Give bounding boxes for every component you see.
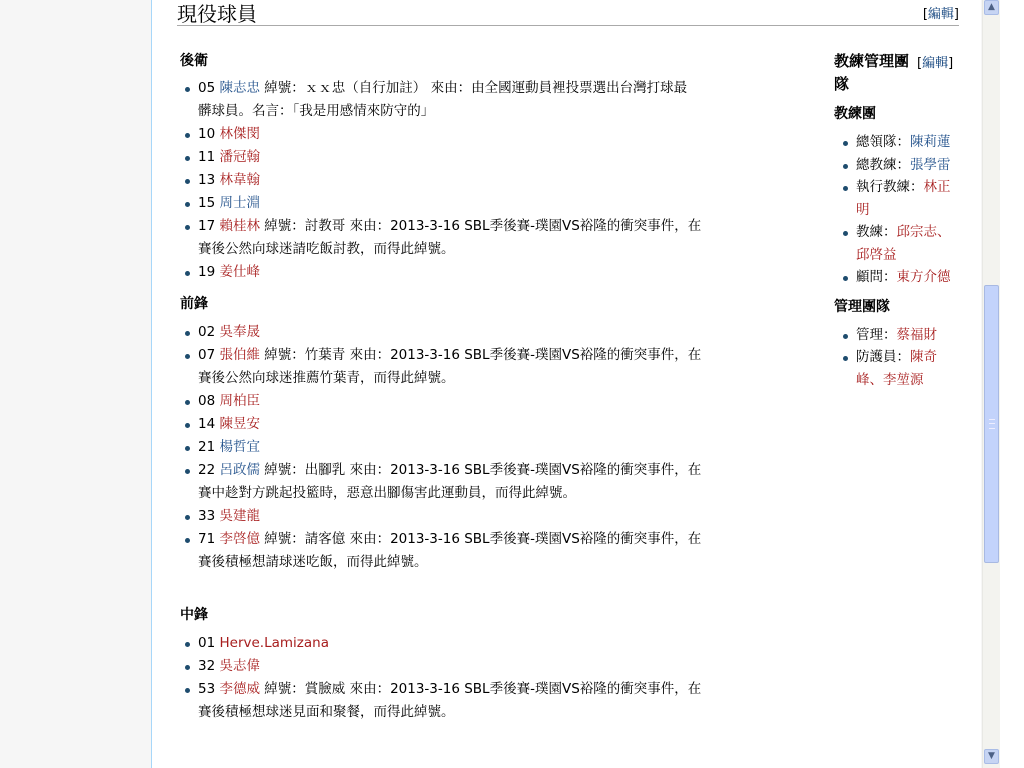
player-note-continuation: 髒球員。名言：「我是用感情來防守的」 (198, 103, 434, 119)
jersey-number: 02 (198, 324, 215, 340)
sidebar-edit-link: [編輯] (917, 52, 953, 71)
management-team-heading: 管理團隊 (834, 296, 959, 318)
player-note-continuation: 賽後積極想球迷見面和聚餐，而得此綽號。 (198, 704, 455, 720)
vertical-scrollbar[interactable]: ▲ ▼ (982, 0, 1000, 768)
jersey-number: 15 (198, 195, 215, 211)
coach-team-heading: 教練團 (834, 103, 959, 125)
player-name-link[interactable]: 林傑閔 (219, 126, 260, 142)
jersey-number: 33 (198, 508, 215, 524)
staff-list-item: 執行教練：林正明 (834, 176, 959, 221)
player-list-item: 33 吳建龍 (180, 505, 750, 528)
staff-role: 顧問： (856, 269, 897, 285)
staff-role: 執行教練： (856, 179, 924, 195)
player-list-item: 53 李德威 綽號：賞臉威 來由：2013-3-16 SBL季後賽-璞園VS裕隆… (180, 678, 750, 724)
player-list-item: 08 周柏臣 (180, 390, 750, 413)
player-name-link[interactable]: 林韋翰 (219, 172, 260, 188)
jersey-number: 71 (198, 531, 215, 547)
group-heading-forwards: 前鋒 (180, 293, 208, 313)
player-list-item: 19 姜仕峰 (180, 261, 750, 284)
staff-role: 防護員： (856, 349, 910, 365)
staff-role: 總領隊： (856, 134, 910, 150)
player-list-item: 32 吳志偉 (180, 655, 750, 678)
player-nickname-note: 綽號：竹葉青 來由：2013-3-16 SBL季後賽-璞園VS裕隆的衝突事件，在 (264, 347, 701, 363)
scroll-down-button[interactable]: ▼ (984, 749, 999, 764)
jersey-number: 05 (198, 80, 215, 96)
staff-list-item: 防護員：陳奇峰、李堃源 (834, 346, 959, 391)
jersey-number: 19 (198, 264, 215, 280)
coaching-staff-title: 教練管理團隊 (834, 50, 909, 96)
player-nickname-note: 綽號：討教哥 來由：2013-3-16 SBL季後賽-璞園VS裕隆的衝突事件，在 (264, 218, 701, 234)
management-list: 管理：蔡福財防護員：陳奇峰、李堃源 (834, 324, 959, 392)
jersey-number: 32 (198, 658, 215, 674)
player-list-item: 71 李啓億 綽號：請客億 來由：2013-3-16 SBL季後賽-璞園VS裕隆… (180, 528, 750, 574)
chevron-up-icon: ▲ (988, 2, 995, 12)
staff-list-item: 管理：蔡福財 (834, 324, 959, 347)
section-heading-current-players: 現役球員 [編輯] (177, 0, 959, 26)
scroll-up-button[interactable]: ▲ (984, 0, 999, 15)
player-list-item: 15 周士淵 (180, 192, 750, 215)
jersey-number: 01 (198, 635, 215, 651)
player-name-link[interactable]: 吳志偉 (219, 658, 260, 674)
staff-list-item: 教練：邱宗志、邱啓益 (834, 221, 959, 266)
coach-list: 總領隊：陳莉蓮總教練：張學雷執行教練：林正明教練：邱宗志、邱啓益顧問：東方介德 (834, 131, 959, 289)
forwards-list: 02 吳奉晟07 張伯維 綽號：竹葉青 來由：2013-3-16 SBL季後賽-… (180, 321, 750, 574)
jersey-number: 14 (198, 416, 215, 432)
staff-list-item: 總教練：張學雷 (834, 154, 959, 177)
player-list-item: 11 潘冠翰 (180, 146, 750, 169)
player-note-continuation: 賽中趁對方跳起投籃時，惡意出腳傷害此運動員，而得此綽號。 (198, 485, 576, 501)
player-name-link[interactable]: 李德威 (219, 681, 260, 697)
staff-list-item: 總領隊：陳莉蓮 (834, 131, 959, 154)
jersey-number: 07 (198, 347, 215, 363)
jersey-number: 13 (198, 172, 215, 188)
player-list-item: 05 陳志忠 綽號：ｘｘ忠（自行加註） 來由：由全國運動員裡投票選出台灣打球最髒… (180, 77, 750, 123)
player-name-link[interactable]: Herve.Lamizana (219, 635, 328, 651)
staff-name-link[interactable]: 蔡福財 (897, 327, 938, 343)
jersey-number: 08 (198, 393, 215, 409)
section-title: 現役球員 (177, 0, 257, 27)
player-name-link[interactable]: 李啓億 (219, 531, 260, 547)
player-list-item: 22 呂政儒 綽號：出腳乳 來由：2013-3-16 SBL季後賽-璞園VS裕隆… (180, 459, 750, 505)
jersey-number: 11 (198, 149, 215, 165)
player-list-item: 17 賴桂林 綽號：討教哥 來由：2013-3-16 SBL季後賽-璞園VS裕隆… (180, 215, 750, 261)
player-nickname-note: 綽號：出腳乳 來由：2013-3-16 SBL季後賽-璞園VS裕隆的衝突事件，在 (264, 462, 701, 478)
player-list-item: 14 陳昱安 (180, 413, 750, 436)
player-list-item: 02 吳奉晟 (180, 321, 750, 344)
player-list-item: 01 Herve.Lamizana (180, 632, 750, 655)
jersey-number: 10 (198, 126, 215, 142)
window-edge (1000, 0, 1024, 768)
staff-name-link[interactable]: 東方介德 (897, 269, 951, 285)
player-name-link[interactable]: 潘冠翰 (219, 149, 260, 165)
group-heading-centers: 中鋒 (180, 604, 208, 624)
player-name-link[interactable]: 陳昱安 (219, 416, 260, 432)
player-name-link[interactable]: 吳建龍 (219, 508, 260, 524)
player-name-link[interactable]: 吳奉晟 (219, 324, 260, 340)
player-list-item: 13 林韋翰 (180, 169, 750, 192)
player-name-link[interactable]: 周柏臣 (219, 393, 260, 409)
player-name-link[interactable]: 姜仕峰 (219, 264, 260, 280)
group-heading-guards: 後衛 (180, 50, 208, 70)
edit-link[interactable]: 編輯 (922, 56, 948, 71)
section-edit-link: [編輯] (923, 3, 959, 22)
player-nickname-note: 綽號：請客億 來由：2013-3-16 SBL季後賽-璞園VS裕隆的衝突事件，在 (264, 531, 701, 547)
jersey-number: 21 (198, 439, 215, 455)
player-list-item: 10 林傑閔 (180, 123, 750, 146)
jersey-number: 17 (198, 218, 215, 234)
player-name-link[interactable]: 張伯維 (219, 347, 260, 363)
scrollbar-thumb[interactable] (984, 285, 999, 563)
player-name-link[interactable]: 楊哲宜 (219, 439, 260, 455)
staff-list-item: 顧問：東方介德 (834, 266, 959, 289)
player-note-continuation: 賽後公然向球迷請吃飯討教，而得此綽號。 (198, 241, 455, 257)
coaching-staff-box: 教練管理團隊 [編輯] 教練團 總領隊：陳莉蓮總教練：張學雷執行教練：林正明教練… (834, 50, 959, 391)
player-name-link[interactable]: 陳志忠 (219, 80, 260, 96)
player-list-item: 07 張伯維 綽號：竹葉青 來由：2013-3-16 SBL季後賽-璞園VS裕隆… (180, 344, 750, 390)
player-name-link[interactable]: 賴桂林 (219, 218, 260, 234)
chevron-down-icon: ▼ (988, 751, 995, 761)
staff-name-link[interactable]: 陳莉蓮 (910, 134, 951, 150)
staff-role: 總教練： (856, 157, 910, 173)
guards-list: 05 陳志忠 綽號：ｘｘ忠（自行加註） 來由：由全國運動員裡投票選出台灣打球最髒… (180, 77, 750, 284)
centers-list: 01 Herve.Lamizana32 吳志偉53 李德威 綽號：賞臉威 來由：… (180, 632, 750, 724)
player-note-continuation: 賽後公然向球迷推薦竹葉青，而得此綽號。 (198, 370, 455, 386)
player-nickname-note: 綽號：賞臉威 來由：2013-3-16 SBL季後賽-璞園VS裕隆的衝突事件，在 (264, 681, 701, 697)
staff-name-link[interactable]: 張學雷 (910, 157, 951, 173)
article-content: 現役球員 [編輯] 後衛 05 陳志忠 綽號：ｘｘ忠（自行加註） 來由：由全國運… (151, 0, 981, 768)
player-list-item: 21 楊哲宜 (180, 436, 750, 459)
player-name-link[interactable]: 周士淵 (219, 195, 260, 211)
player-note-continuation: 賽後積極想請球迷吃飯，而得此綽號。 (198, 554, 428, 570)
left-navigation-panel (0, 0, 151, 768)
staff-role: 教練： (856, 224, 897, 240)
grip-icon (989, 419, 995, 429)
player-nickname-note: 綽號：ｘｘ忠（自行加註） 來由：由全國運動員裡投票選出台灣打球最 (264, 80, 687, 96)
staff-role: 管理： (856, 327, 897, 343)
player-name-link[interactable]: 呂政儒 (219, 462, 260, 478)
jersey-number: 22 (198, 462, 215, 478)
edit-link[interactable]: 編輯 (928, 7, 954, 22)
jersey-number: 53 (198, 681, 215, 697)
